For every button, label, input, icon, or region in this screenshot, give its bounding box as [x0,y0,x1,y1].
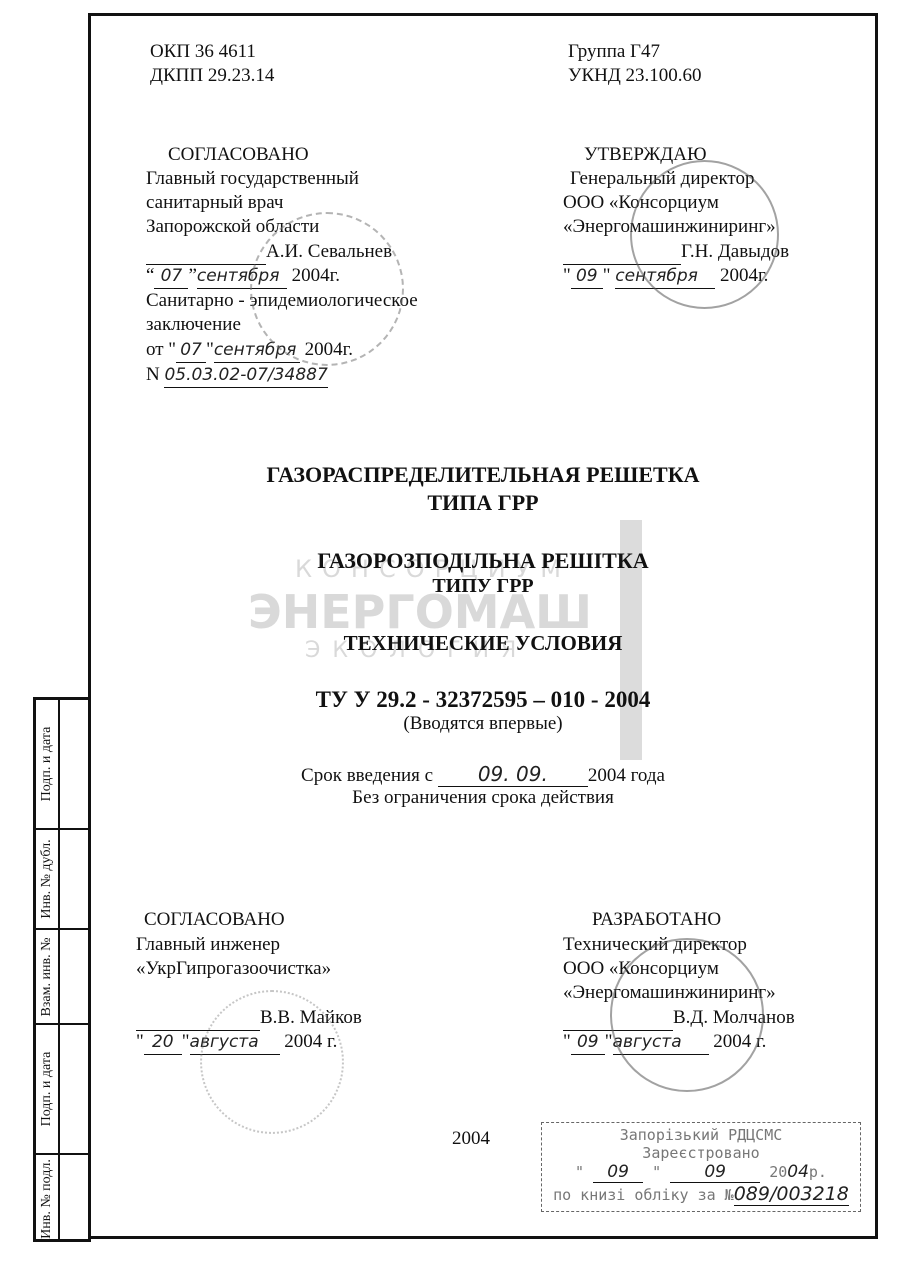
side-cell-replace-inv: Взам. инв. № [36,928,91,1023]
reg-book-label: по книзі обліку за № [553,1186,734,1204]
reg-line1: Запорізький РДЦСМС [542,1126,860,1144]
spec-note: (Вводятся впервые) [88,713,878,735]
reg-year-hand: 04 [787,1162,809,1182]
effective-suffix: 2004 года [588,765,665,786]
dkpp-code: ДКПП 29.23.14 [150,64,274,88]
agreed-line: Главный инженер [136,933,280,957]
title-ua-line2: ТИПУ ГРР [88,574,878,598]
round-stamp-consortium-2 [610,938,764,1092]
date-day: 20 [144,1030,182,1055]
registration-stamp: Запорізький РДЦСМС Зареєстровано " 09 " … [541,1122,861,1212]
side-label: Подп. и дата [39,727,55,802]
side-cell-orig-inv: Инв. № подл. [36,1153,91,1242]
number-prefix: N [146,364,160,385]
reg-month: 09 [670,1162,760,1183]
side-stamp-table: Подп. и дата Инв. № дубл. Взам. инв. № П… [33,697,91,1242]
footer-year: 2004 [452,1127,490,1151]
effective-date: 09. 09. [438,762,588,787]
side-cell-sign-date-top: Подп. и дата [36,700,91,828]
date-day: 07 [154,264,188,289]
uknd-code: УКНД 23.100.60 [568,64,702,88]
round-stamp-ukrgipro [200,990,344,1134]
developed-heading: РАЗРАБОТАНО [592,908,721,932]
conclusion-from: от " [146,339,176,360]
group-code: Группа Г47 [568,40,660,64]
doc-type: ТЕХНИЧЕСКИЕ УСЛОВИЯ [88,630,878,656]
reg-book-number: 089/003218 [734,1183,849,1206]
side-label: Взам. инв. № [39,937,55,1016]
date-day: 09 [571,264,603,289]
title-ru-line2: ТИПА ГРР [88,490,878,516]
side-cell-sign-date-bottom: Подп. и дата [36,1023,91,1153]
approval-left-line: Главный государственный [146,167,359,191]
reg-day: 09 [593,1162,643,1183]
title-ru-line1: ГАЗОРАСПРЕДЕЛИТЕЛЬНАЯ РЕШЕТКА [88,462,878,488]
effective-date-line: Срок введения с 09. 09.2004 года [88,762,878,787]
reg-line2: Зареєстровано [542,1144,860,1162]
effective-prefix: Срок введения с [301,765,433,786]
conclusion-day: 07 [176,338,206,363]
conclusion-number: 05.03.02-07/34887 [164,363,327,388]
side-label: Подп. и дата [39,1052,55,1127]
side-cell-dup-inv: Инв. № дубл. [36,828,91,928]
side-label: Инв. № дубл. [39,839,55,918]
approval-left-heading: СОГЛАСОВАНО [168,143,309,167]
title-ua-line1: ГАЗОРОЗПОДІЛЬНА РЕШІТКА [88,548,878,574]
spec-code: ТУ У 29.2 - 32372595 – 010 - 2004 [88,686,878,714]
round-stamp-consortium [630,160,779,309]
round-stamp-sanitary [250,212,404,366]
validity: Без ограничения срока действия [88,787,878,809]
sanitary-conclusion-label-2: заключение [146,313,241,337]
approval-left-line: санитарный врач [146,191,283,215]
okp-code: ОКП 36 4611 [150,40,256,64]
agreed-heading: СОГЛАСОВАНО [144,908,285,932]
agreed-line: «УкрГипрогазоочистка» [136,957,331,981]
side-label: Инв. № подл. [39,1159,55,1239]
reg-year-suffix: р. [809,1163,827,1181]
signature-line [146,240,266,265]
reg-year-prefix: 20 [769,1163,787,1181]
date-day: 09 [571,1030,605,1055]
